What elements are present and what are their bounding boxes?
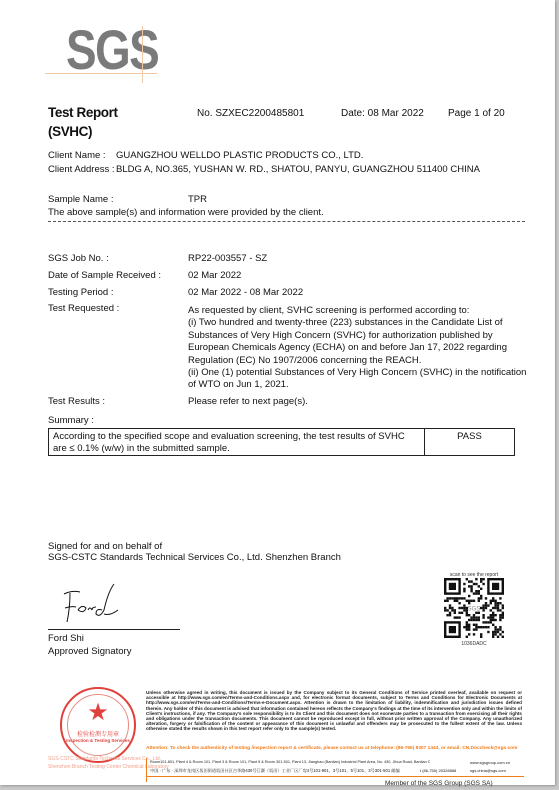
job-no-label: SGS Job No. : bbox=[48, 253, 109, 264]
summary-result: PASS bbox=[425, 429, 514, 455]
testing-period-value: 02 Mar 2022 - 08 Mar 2022 bbox=[188, 287, 303, 298]
signed-for-text: Signed for and on behalf of bbox=[48, 541, 162, 552]
test-results-label: Test Results : bbox=[48, 396, 105, 407]
client-name-label: Client Name : bbox=[48, 150, 106, 161]
summary-label: Summary : bbox=[48, 415, 94, 426]
footer-website: www.sgsgroup.com.cn bbox=[470, 760, 510, 765]
signatory-title: Approved Signatory bbox=[48, 646, 131, 657]
logo-horizontal-rule bbox=[45, 73, 157, 74]
test-requested-item-1: (i) Two hundred and twenty-three (223) s… bbox=[188, 317, 528, 367]
client-address: BLDG A, NO.365, YUSHAN W. RD., SHATOU, P… bbox=[116, 164, 480, 175]
footer-address-english: Room101-801, Plant 4 & Room 101, Plant 3… bbox=[150, 760, 430, 764]
testing-period-label: Testing Period : bbox=[48, 287, 113, 298]
test-requested-item-2: (ii) One (1) potential Substances of Ver… bbox=[188, 367, 528, 392]
report-page: SGS Test Report (SVHC) No. SZXEC22004858… bbox=[0, 0, 555, 785]
sample-name-label: Sample Name : bbox=[48, 194, 113, 205]
report-subtitle: (SVHC) bbox=[48, 124, 92, 139]
sgs-group-membership: Member of the SGS Group (SGS SA) bbox=[385, 780, 493, 787]
signature-line bbox=[48, 629, 180, 630]
test-requested-intro: As requested by client, SVHC screening i… bbox=[188, 305, 528, 317]
test-results-value: Please refer to next page(s). bbox=[188, 396, 308, 407]
client-address-label: Client Address : bbox=[48, 164, 115, 175]
footer-horizontal-rule bbox=[146, 776, 524, 777]
stamp-chinese-text: 检验检测专用章 bbox=[62, 729, 134, 738]
logo-vertical-rule bbox=[142, 26, 143, 83]
legal-disclaimer: Unless otherwise agreed in writing, this… bbox=[146, 690, 522, 732]
report-date: Date: 08 Mar 2022 bbox=[341, 108, 424, 119]
signatory-name: Ford Shi bbox=[48, 633, 84, 644]
signing-company: SGS-CSTC Standards Technical Services Co… bbox=[48, 552, 341, 563]
client-name: GUANGZHOU WELLDO PLASTIC PRODUCTS CO., L… bbox=[116, 150, 363, 161]
page-number: Page 1 of 20 bbox=[448, 108, 505, 119]
footer-email: sgs.china@sgs.com bbox=[470, 768, 506, 773]
report-number: No. SZXEC2200485801 bbox=[197, 108, 304, 119]
summary-table: According to the specified scope and eva… bbox=[48, 428, 515, 456]
stamp-english-text: Inspection & Testing Services bbox=[62, 738, 134, 743]
authenticity-notice: Attention: To check the authenticity of … bbox=[146, 746, 522, 751]
star-icon: ★ bbox=[62, 701, 134, 725]
handwritten-signature bbox=[58, 580, 138, 628]
footer-phone: t (86-755) 25328888 bbox=[420, 768, 456, 773]
footer-address-chinese: 中国 · 广东 · 深圳市龙岗区坂田街道坂田社区吉华路430号江灏（坂田）工业厂… bbox=[150, 768, 400, 774]
official-stamp: ★ 检验检测专用章 Inspection & Testing Services bbox=[60, 687, 136, 763]
date-received-value: 02 Mar 2022 bbox=[188, 270, 241, 281]
qr-code-id: 1036DADC bbox=[444, 641, 504, 647]
date-received-label: Date of Sample Received : bbox=[48, 270, 161, 281]
job-no-value: RP22-003557 - SZ bbox=[188, 253, 267, 264]
report-title: Test Report bbox=[48, 105, 118, 120]
sample-note: The above sample(s) and information were… bbox=[48, 207, 324, 218]
qr-code-block: scan to see the report SGS 1036DADC bbox=[444, 572, 504, 647]
footer-vertical-rule bbox=[146, 758, 147, 782]
qr-code-icon[interactable]: SGS bbox=[444, 578, 504, 638]
sample-name: TPR bbox=[188, 194, 207, 205]
svg-text:SGS: SGS bbox=[468, 607, 481, 613]
sgs-logo: SGS bbox=[66, 22, 158, 78]
summary-text: According to the specified scope and eva… bbox=[49, 429, 425, 455]
test-requested-label: Test Requested : bbox=[48, 303, 119, 314]
test-requested-text: As requested by client, SVHC screening i… bbox=[188, 305, 528, 392]
stamp-org-line-1: SGS-CSTC Standards Technical Services Co… bbox=[48, 756, 161, 762]
dashed-divider bbox=[48, 221, 525, 222]
